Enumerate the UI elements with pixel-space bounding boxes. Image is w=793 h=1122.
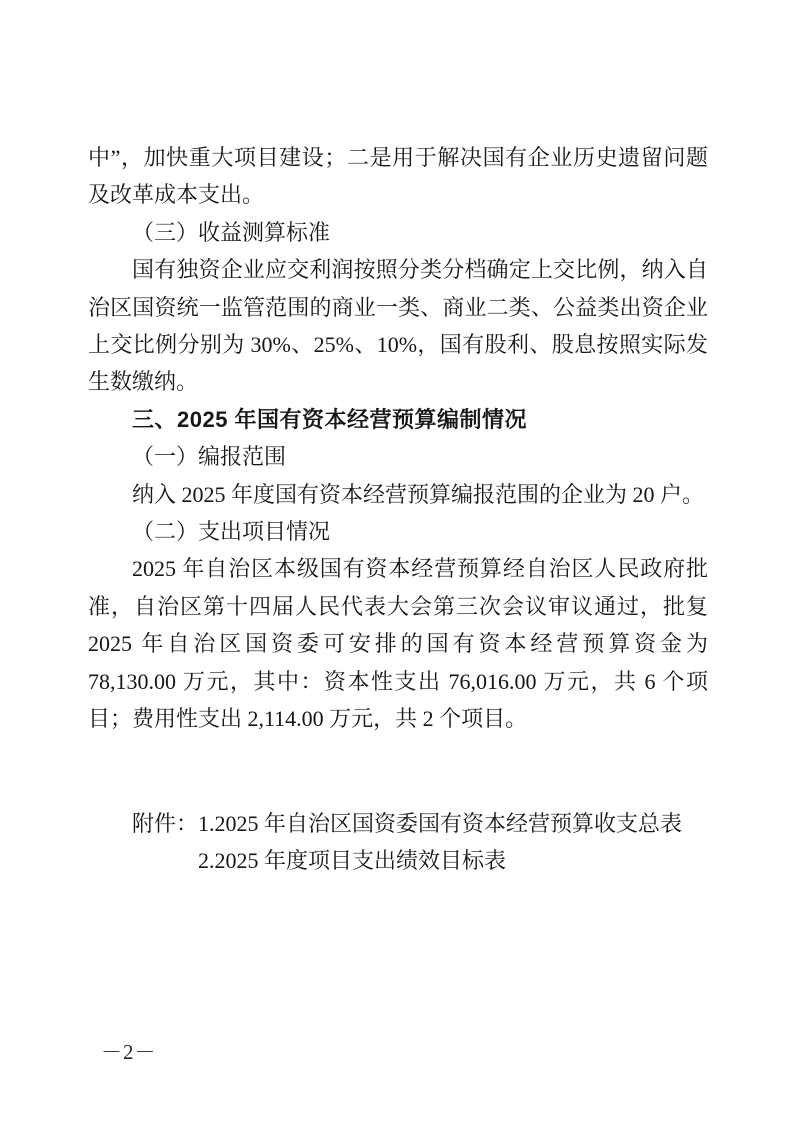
page-number: －2－ [101, 1036, 157, 1066]
attachments-list: 1.2025 年自治区国资委国有资本经营预算收支总表 2.2025 年度项目支出… [198, 805, 708, 880]
document-page: 中”，加快重大项目建设；二是用于解决国有企业历史遗留问题及改革成本支出。 （三）… [0, 0, 793, 1122]
paragraph-enterprise-count: 纳入 2025 年度国有资本经营预算编报范围的企业为 20 户。 [88, 476, 708, 513]
section-heading-2025-budget: 三、2025 年国有资本经营预算编制情况 [88, 401, 708, 438]
attachments-label: 附件： [132, 805, 198, 842]
attachments-block: 附件： 1.2025 年自治区国资委国有资本经营预算收支总表 2.2025 年度… [88, 805, 708, 880]
paragraph-continued: 中”，加快重大项目建设；二是用于解决国有企业历史遗留问题及改革成本支出。 [88, 139, 708, 214]
attachment-item: 2.2025 年度项目支出绩效目标表 [198, 842, 708, 879]
paragraph-profit-ratios: 国有独资企业应交利润按照分类分档确定上交比例，纳入自治区国资统一监管范围的商业一… [88, 251, 708, 401]
sub-heading-expenditure-items: （二）支出项目情况 [88, 513, 708, 550]
paragraph-budget-figures: 2025 年自治区本级国有资本经营预算经自治区人民政府批准，自治区第十四届人民代… [88, 550, 708, 737]
sub-heading-income-measurement: （三）收益测算标准 [88, 214, 708, 251]
document-body: 中”，加快重大项目建设；二是用于解决国有企业历史遗留问题及改革成本支出。 （三）… [88, 139, 708, 879]
sub-heading-reporting-scope: （一）编报范围 [88, 438, 708, 475]
attachment-item: 1.2025 年自治区国资委国有资本经营预算收支总表 [198, 805, 708, 842]
